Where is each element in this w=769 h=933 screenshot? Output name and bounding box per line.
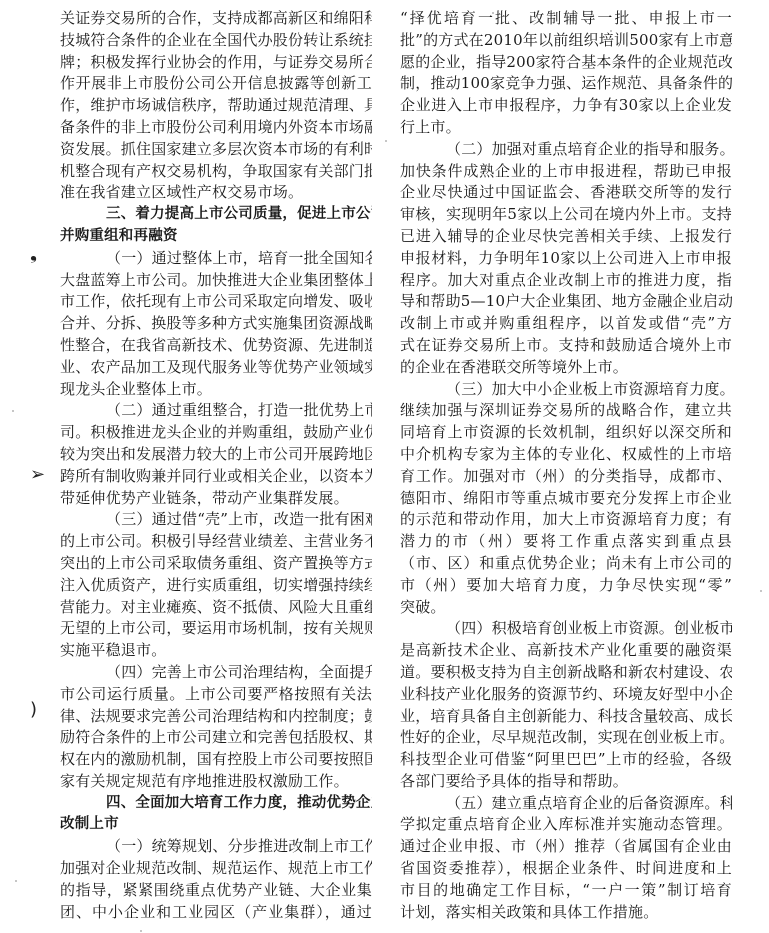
text-line: （二）通过重组整合，打造一批优势上市公 [60,400,372,422]
text-line: 愿的企业，指导200家符合基本条件的企业规范改 [400,52,732,74]
text-line: 育工作。加强对市（州）的分类指导，成都市、 [400,466,732,488]
text-line: 省国资委推荐），根据企业条件、时间进度和上 [400,858,732,880]
text-line: 潜力的市（州）要将工作重点落实到重点县 [400,531,732,553]
text-line: 同培育上市资源的长效机制，组织好以深交所和 [400,422,732,444]
text-line: 备条件的非上市股份公司利用境内外资本市场融 [60,117,372,139]
text-line: 突出的上市公司采取债务重组、资产置换等方式 [60,553,372,575]
text-line: 企业进入上市申报程序，力争有30家以上企业发 [400,95,732,117]
text-line: 突破。 [400,597,732,619]
text-line: 的企业在香港联交所等境外上市。 [400,357,732,379]
text-line: （一）统筹规划、分步推进改制上市工作。 [60,836,372,858]
text-line: 各部门要给予具体的指导和帮助。 [400,771,732,793]
binding-hole-icon: ❟ [30,243,37,264]
text-line: 加快条件成熟企业的上市申报进程，帮助已申报 [400,161,732,183]
scan-speck [610,30,612,32]
text-line: 继续加强与深圳证券交易所的战略合作，建立共 [400,400,732,422]
text-line: 现龙头企业整体上市。 [60,379,372,401]
section-heading-line: 三、着力提高上市公司质量，促进上市公司 [60,204,372,226]
text-line: 业科技产业化服务的资源节约、环境友好型中小企 [400,684,732,706]
text-line: 市工作，依托现有上市公司采取定向增发、吸收 [60,291,372,313]
section-heading-line: 四、全面加大培育工作力度，推动优势企业 [60,793,372,815]
text-line: 改制上市或并购重组程序，以首发或借“壳”方 [400,313,732,335]
text-line: 中介机构专家为主体的专业化、权威性的上市培 [400,444,732,466]
text-line: 的指导，紧紧围绕重点优势产业链、大企业集 [60,880,372,902]
text-line: 合并、分拆、换股等多种方式实施集团资源战略 [60,313,372,335]
text-line: （市、区）和重点优势企业；尚未有上市公司的 [400,553,732,575]
text-line: （二）加强对重点培育企业的指导和服务。 [400,139,732,161]
text-line: 司。积极推进龙头企业的并购重组，鼓励产业优势 [60,422,372,444]
text-line: 权在内的激励机制，国有控股上市公司要按照国 [60,749,372,771]
text-line: （四）积极培育创业板上市资源。创业板市场 [400,618,732,640]
text-line: 市（州）要加大培育力度，力争尽快实现“零” [400,575,732,597]
scan-speck [15,880,17,882]
text-line: 通过企业申报、市（州）推荐（省属国有企业由 [400,836,732,858]
text-line: 性整合，在我省高新技术、优势资源、先进制造 [60,335,372,357]
text-line: 营能力。对主业瘫痪、资不抵债、风险大且重组 [60,597,372,619]
text-line: 科技型企业可借鉴“阿里巴巴”上市的经验，各级 [400,749,732,771]
text-line: 业、农产品加工及现代服务业等优势产业领域实 [60,357,372,379]
scan-speck [728,320,730,322]
text-line: 作开展非上市股份公司公开信息披露等创新工 [60,73,372,95]
text-line: 企业尽快通过中国证监会、香港联交所等的发行 [400,182,732,204]
text-line: 加强对企业规范改制、规范运作、规范上市工作 [60,858,372,880]
text-line: 制，推动100家竞争力强、运作规范、具备条件的 [400,73,732,95]
text-line: 批”的方式在2010年以前组织培训500家有上市意 [400,30,732,52]
text-line: 学拟定重点培育企业入库标准并实施动态管理。 [400,814,732,836]
text-line: 团、中小企业和工业园区（产业集群），通过 [60,902,372,924]
text-line: 技城符合条件的企业在全国代办股份转让系统挂 [60,30,372,52]
text-line: 是高新技术企业、高新技术产业化重要的融资渠 [400,640,732,662]
text-line: 行上市。 [400,117,732,139]
section-heading-line: 改制上市 [60,814,372,836]
right-column: “择优培育一批、改制辅导一批、申报上市一批”的方式在2010年以前组织培训500… [400,8,732,923]
text-line: 跨所有制收购兼并同行业或相关企业，以资本为组 [60,466,372,488]
text-line: 导和帮助5—10户大企业集团、地方金融企业启动 [400,291,732,313]
binding-hole-icon: ) [30,699,37,720]
text-line: 律、法规要求完善公司治理结构和内控制度；鼓 [60,706,372,728]
text-line: （五）建立重点培育企业的后备资源库。科 [400,793,732,815]
text-line: 性好的企业，尽早规范改制，实现在创业板上市。 [400,727,732,749]
section-heading-line: 并购重组和再融资 [60,226,372,248]
text-line: 作，维护市场诚信秩序，帮助通过规范清理、具 [60,95,372,117]
scan-speck [760,590,762,592]
text-line: 程序。加大对重点企业改制上市的推进力度，指 [400,270,732,292]
text-line: 的示范和带动作用，加大上市资源培育力度；有 [400,509,732,531]
text-line: （三）通过借“壳”上市，改造一批有困难 [60,509,372,531]
text-line: 业，培育具备自主创新能力、科技含量较高、成长 [400,706,732,728]
text-line: 带延伸优势产业链条，带动产业集群发展。 [60,488,372,510]
text-line: 励符合条件的上市公司建立和完善包括股权、期 [60,727,372,749]
text-line: 德阳市、绵阳市等重点城市要充分发挥上市企业 [400,488,732,510]
text-line: 已进入辅导的企业尽快完善相关手续、上报发行 [400,226,732,248]
text-line: 市目的地确定工作目标，“一户一策”制订培育 [400,880,732,902]
text-line: 资发展。抓住国家建立多层次资本市场的有利时 [60,139,372,161]
text-line: 审核，实现明年5家以上公司在境内外上市。支持 [400,204,732,226]
text-line: 无望的上市公司，要运用市场机制，按有关规则 [60,618,372,640]
text-line: （三）加大中小企业板上市资源培育力度。 [400,379,732,401]
text-line: 申报材料，力争明年10家以上公司进入上市申报 [400,248,732,270]
text-line: 市公司运行质量。上市公司要严格按照有关法 [60,684,372,706]
text-line: （一）通过整体上市，培育一批全国知名的 [60,248,372,270]
scan-speck [535,918,537,920]
scan-speck [140,930,142,932]
text-line: 式在证券交易所上市。支持和鼓励适合境外上市 [400,335,732,357]
text-line: 关证券交易所的合作，支持成都高新区和绵阳科 [60,8,372,30]
text-line: 机整合现有产权交易机构，争取国家有关部门批 [60,161,372,183]
text-line: 注入优质资产，进行实质重组，切实增强持续经 [60,575,372,597]
binding-arrow-icon: ➢ [30,464,45,485]
text-line: 实施平稳退市。 [60,640,372,662]
scan-speck [12,410,14,412]
text-line: 道。要积极支持为自主创新战略和新农村建设、农 [400,662,732,684]
text-line: 较为突出和发展潜力较大的上市公司开展跨地区、 [60,444,372,466]
scan-speck [258,10,260,12]
text-line: 准在我省建立区域性产权交易市场。 [60,182,372,204]
text-line: 的上市公司。积极引导经营业绩差、主营业务不 [60,531,372,553]
text-line: 大盘蓝筹上市公司。加快推进大企业集团整体上 [60,270,372,292]
scan-speck [492,12,494,14]
text-line: 计划，落实相关政策和具体工作措施。 [400,902,732,924]
left-column: 关证券交易所的合作，支持成都高新区和绵阳科技城符合条件的企业在全国代办股份转让系… [60,8,372,923]
scan-speck [385,140,387,142]
text-line: “择优培育一批、改制辅导一批、申报上市一 [400,8,732,30]
text-line: （四）完善上市公司治理结构，全面提升上 [60,662,372,684]
text-line: 牌；积极发挥行业协会的作用，与证券交易所合 [60,52,372,74]
text-line: 家有关规定规范有序地推进股权激励工作。 [60,771,372,793]
